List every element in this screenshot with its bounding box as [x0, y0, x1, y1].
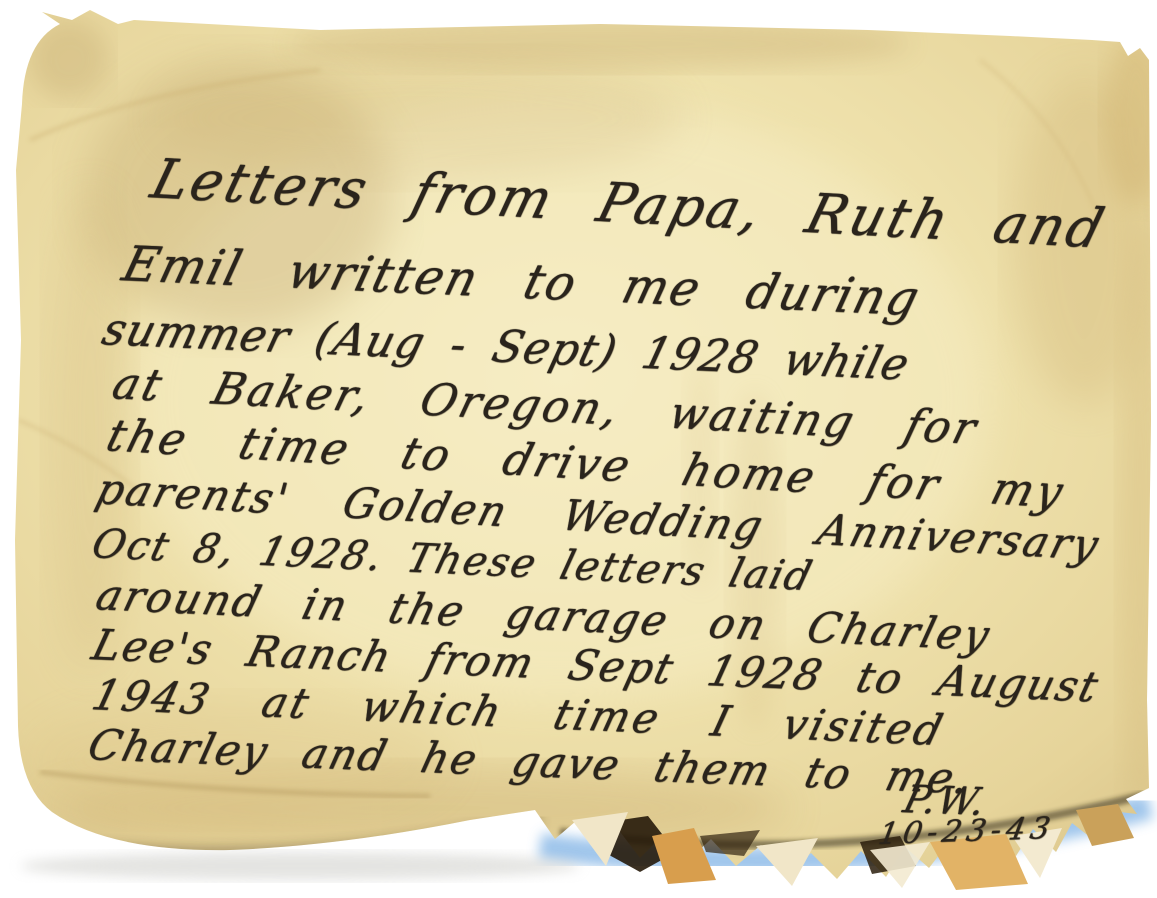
handwriting-line-1: Letters from Papa, Ruth and — [146, 152, 1112, 256]
envelope-scan: Letters from Papa, Ruth and Emil written… — [0, 0, 1157, 898]
handwritten-date: 10-23-43 — [876, 814, 1057, 850]
handwritten-note: Letters from Papa, Ruth and Emil written… — [0, 0, 1157, 898]
